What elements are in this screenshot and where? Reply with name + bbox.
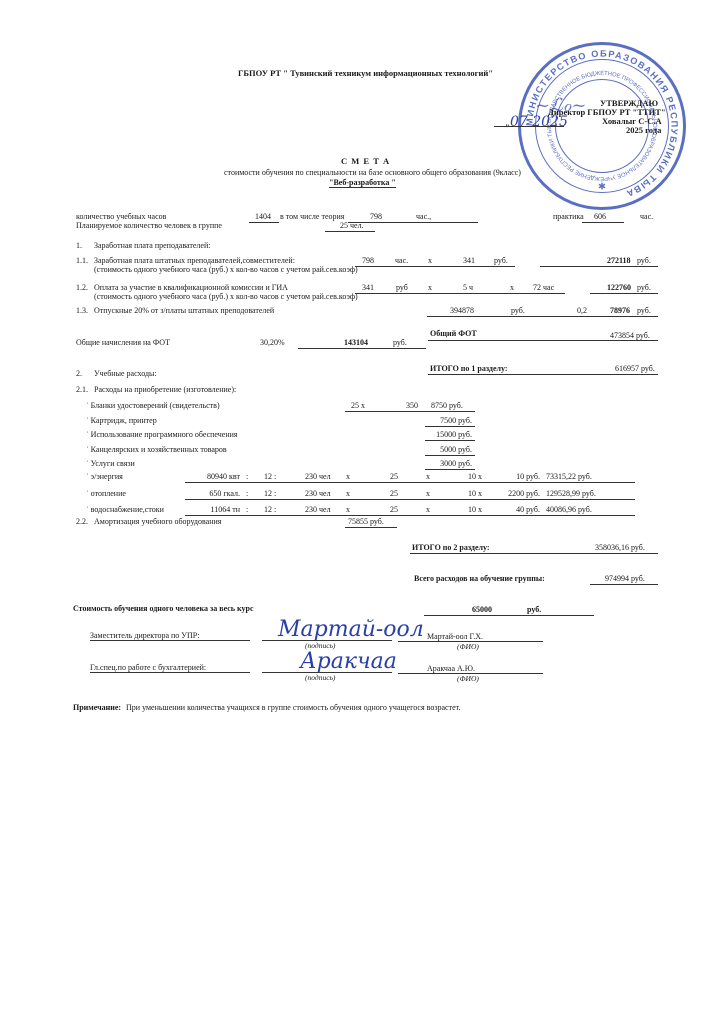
total-payroll-label: Общий ФОТ [430,329,477,338]
payroll-charges-unit: руб. [393,338,407,347]
signer-role: Заместитель директора по УПР: [90,631,200,640]
section2-total-value: 358036,16 руб. [595,543,645,552]
utility-rate: 10 руб. [490,472,540,481]
payroll-charges-label: Общие начисления на ФОТ [76,338,170,347]
per-person-cost-label: Стоимость обучения одного человека за ве… [73,604,254,613]
utility-divider: : [246,505,248,514]
section2-number: 2. [76,369,82,378]
utility-amount: 11064 тн [180,505,240,514]
item-1-1-number: 1.1. [76,256,88,265]
utility-people: 230 чел [305,472,331,481]
purchase-item-total: 7500 руб. [415,416,472,425]
item-1-2-times-2: х [510,283,514,292]
utility-label: ˙ водоснабжение,стоки [86,505,164,514]
handwritten-signature: Аракчаа [300,649,397,674]
utility-total: 129528,99 руб. [546,489,596,498]
item-1-1-label: Заработная плата штатных преподавателей,… [94,256,295,265]
theory-hours-value: 798 [370,212,382,221]
utility-group: 25 [390,472,398,481]
purchase-item-total: 5000 руб. [415,445,472,454]
approve-date-handwritten: 07 2025 [510,114,568,130]
item-1-3-total: 78976 [610,306,630,315]
group-total-value: 974994 руб. [605,574,645,583]
specialty-name: "Веб-разработка " [329,178,396,188]
utility-people: 230 чел [305,505,331,514]
depreciation-value: 75855 руб. [348,517,384,526]
item-1-1-hours-unit: час. [395,256,408,265]
section2-1-title: Расходы на приобретение (изготовление): [94,385,236,394]
footnote-label: Примечание: [73,703,121,712]
footnote: Примечание: При уменьшении количества уч… [73,703,461,712]
document-title: С М Е Т А [341,156,390,166]
purchase-item-label: ˙ Бланки удостоверений (свидетельств) [86,401,220,410]
utility-group: 25 [390,489,398,498]
utility-group: 25 [390,505,398,514]
item-1-2-hours: 72 час [533,283,554,292]
purchase-item-total: 3000 руб. [415,459,472,468]
utility-times-1: х [346,489,350,498]
item-1-3-total-unit: руб. [637,306,651,315]
item-1-2-members: 5 ч [463,283,473,292]
utility-amount: 650 гкал. [180,489,240,498]
utility-divider: : [246,489,248,498]
purchase-item-label: ˙ Использование программного обеспечения [86,430,238,439]
item-1-1-rate: 341 [463,256,475,265]
item-1-2-total: 122760 [607,283,631,292]
item-1-1-hours: 798 [362,256,374,265]
utility-months: 12 : [264,489,276,498]
item-1-1-times: х [428,256,432,265]
payroll-charges-value: 143104 [344,338,368,347]
utility-times-1: х [346,505,350,514]
utility-months-2: 10 х [468,505,482,514]
purchase-item-total: 15000 руб. [415,430,472,439]
signer-name: Мартай-оол Г.Х. [427,632,483,641]
document-subtitle: стоимости обучения по специальности на б… [224,168,521,177]
practice-unit: час. [640,212,653,221]
utility-times-2: х [426,472,430,481]
utility-times-1: х [346,472,350,481]
theory-unit: час., [416,212,431,221]
utility-rate: 2200 руб. [490,489,540,498]
name-caption: (ФИО) [457,674,479,683]
practice-hours-value: 606 [594,212,606,221]
item-1-2-times-1: х [428,283,432,292]
item-1-2-number: 1.2. [76,283,88,292]
section2-1-number: 2.1. [76,385,88,394]
section2-2-number: 2.2. [76,517,88,526]
group-size-label: Планируемое количество человек в группе [76,221,222,230]
footnote-text: При уменьшении количества учащихся в гру… [126,703,461,712]
utility-rate: 40 руб. [490,505,540,514]
item-1-3-label: Отпускные 20% от з/платы штатных преподо… [94,306,274,315]
utility-months: 12 : [264,505,276,514]
item-1-1-rate-unit: руб. [494,256,508,265]
item-1-3-number: 1.3. [76,306,88,315]
utility-label: ˙ отопление [86,489,126,498]
utility-total: 40086,96 руб. [546,505,592,514]
theory-label: в том числе теория [280,212,344,221]
item-1-3-coefficient: 0,2 [577,306,587,315]
utility-amount: 80940 квт [180,472,240,481]
handwritten-signature: Мартай-оол [278,617,424,642]
item-1-1-total-unit: руб. [637,256,651,265]
institution-name: ГБПОУ РТ " Тувинский техникум информацио… [238,68,493,78]
group-total-label: Всего расходов на обучение группы: [414,574,545,583]
item-1-3-base: 394878 [450,306,474,315]
signature-caption: (подпись) [305,673,335,682]
total-payroll-value: 473854 руб. [610,331,650,340]
utility-months: 12 : [264,472,276,481]
signer-name: Аракчаа А.Ю. [427,664,475,673]
purchase-item-qty: 25 х [351,401,365,410]
section2-title: Учебные расходы: [94,369,157,378]
section1-total-label: ИТОГО по 1 разделу: [430,364,508,373]
section2-total-label: ИТОГО по 2 разделу: [412,543,490,552]
purchase-item-label: ˙ Канцелярских и хозяйственных товаров [86,445,227,454]
total-hours-value: 1404 [255,212,271,221]
utility-label: ˙ э/энергия [86,472,123,481]
approve-year: 2025 года [626,125,661,135]
utility-times-2: х [426,505,430,514]
item-1-2-rate: 341 [362,283,374,292]
purchase-item-label: ˙ Услуги связи [86,459,135,468]
director-signature: ~ℒℴ~ [535,95,586,116]
section1-total-value: 616957 руб. [615,364,655,373]
group-size-value: 25 чел. [340,221,364,230]
purchase-item-label: ˙ Картридж, принтер [86,416,157,425]
utility-people: 230 чел [305,489,331,498]
utility-times-2: х [426,489,430,498]
item-1-2-rate-unit: руб [396,283,408,292]
item-1-2-total-unit: руб. [637,283,651,292]
name-caption: (ФИО) [457,642,479,651]
item-1-2-label: Оплата за участие в квалификационной ком… [94,283,288,292]
utility-months-2: 10 х [468,489,482,498]
section1-number: 1. [76,241,82,250]
item-1-1-total: 272118 [607,256,631,265]
practice-label: практика [553,212,584,221]
item-1-2-note: (стоимость одного учебного часа (руб.) х… [94,292,358,301]
section1-title: Заработная плата преподавателей: [94,241,210,250]
utility-divider: : [246,472,248,481]
purchase-item-price: 350 [406,401,418,410]
svg-text:✱: ✱ [598,182,606,193]
per-person-cost-value: 65000 [472,605,492,614]
total-hours-label: количество учебных часов [76,212,166,221]
item-1-3-base-unit: руб. [511,306,525,315]
per-person-cost-unit: руб. [527,605,541,614]
utility-total: 73315,22 руб. [546,472,592,481]
section2-2-title: Амортизация учебного оборудования [94,517,221,526]
signer-role: Гл.спец.по работе с бухгалтерией: [90,663,206,672]
purchase-item-total: 8750 руб. [431,401,463,410]
item-1-1-note: (стоимость одного учебного часа (руб.) х… [94,265,358,274]
utility-months-2: 10 х [468,472,482,481]
payroll-charges-percent: 30,20% [260,338,285,347]
